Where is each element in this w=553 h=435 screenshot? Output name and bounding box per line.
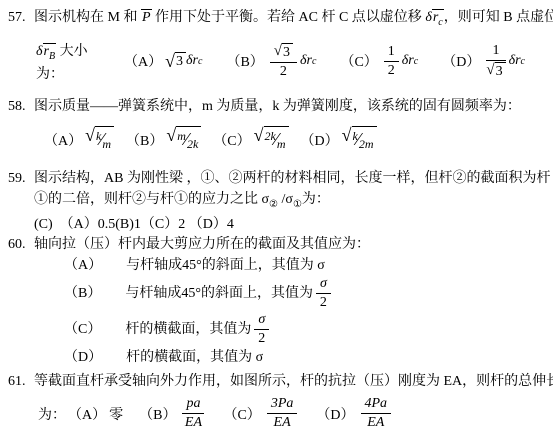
q57-p-bar: P [141,9,152,26]
q57-lead: δrB 大小为： [36,40,96,82]
q58-option-d-label: （D） [301,130,339,150]
q57-stem-part2: 作用下处于平衡。若给 AC 杆 C 点以虚位移 [152,10,426,25]
fraction-denominator: 2 [254,330,269,347]
q57-option-c: （C） 1 2 δrc [340,44,418,79]
fraction-numerator: pa [182,396,204,414]
q61-option-d: （D） 4PaEA [316,396,394,431]
fraction: σ2 [316,276,331,311]
q57-rb-overbar: rB [43,43,57,62]
q58-option-b: （B） √m⁄2k [126,126,201,153]
radical-sign: √ [166,126,176,146]
q60-option-d-label: （D） [64,347,102,368]
radical-sign: √ [342,126,352,146]
question-57: 57. 图示机构在 M 和 P 作用下处于平衡。若给 AC 杆 C 点以虚位移 … [8,8,549,83]
fraction-numerator: σ [254,312,269,330]
sqrt-expression: √k⁄m [85,126,114,153]
q58-option-b-label: （B） [126,130,163,150]
sqrt-expression: √k⁄2m [342,126,377,153]
q61-option-b-label: （B） [139,404,176,424]
question-58: 58. 图示质量——弹簧系统中，m 为质量，k 为弹簧刚度，该系统的固有圆频率为… [8,97,549,161]
q57-option-a-label: （A） [124,51,162,71]
radical-sign: √ [254,126,264,146]
q61-option-a: （A） 零 [68,404,123,424]
q60-option-b-text: 与杆轴成45°的斜面上，其值为 [125,283,313,304]
q58-number: 58. [8,97,34,117]
q60-option-b: （B） 与杆轴成45°的斜面上，其值为 σ2 [64,276,549,311]
r-subscript-b: B [49,51,55,62]
q57-option-a: （A） √3 δrc [124,51,202,71]
sigma-symbol: σ [285,192,293,207]
q57-options-line: δrB 大小为： （A） √3 δrc （B） √3 2 δrc （C） 1 2 [36,40,549,82]
sigma-subscript-2: ② [269,198,278,209]
q57-stem-part3: ，则可知 B 点虚位移 [444,10,553,25]
coefficient-subscript: c [312,56,316,67]
radical-sign: √ [274,43,282,60]
bevelled-fraction: 2k⁄m [264,126,289,153]
r-subscript-c: c [438,17,442,28]
fraction: 3PaEA [267,396,298,431]
bevelled-fraction: k⁄m [95,126,114,153]
sigma-symbol: σ [262,192,270,207]
q61-option-c: （C） 3PaEA [223,396,300,431]
question-59: 59. 图示结构，AB 为刚性梁 ，①、②两杆的材料相同，长度一样，但杆②的截面… [8,169,549,236]
sqrt-expression: √3 [165,52,186,72]
exam-page: 57. 图示机构在 M 和 P 作用下处于平衡。若给 AC 杆 C 点以虚位移 … [0,0,553,435]
q58-option-a-label: （A） [44,130,82,150]
q61-line1: 61. 等截面直杆承受轴向外力作用，如图所示，杆的抗拉（压）刚度为 EA，则杆的… [8,372,549,392]
q59-options-line: (C) （A）0.5(B)1（C）2 （D）4 [34,214,549,235]
bevel-denominator: 2k [187,137,198,151]
coefficient-subscript: c [198,56,202,67]
fraction-numerator: 1 [486,43,505,61]
fraction-numerator: √3 [270,43,297,64]
sqrt-expression: √3 [274,43,293,62]
q60-number: 60. [8,235,34,255]
q60-line1: 60. 轴向拉（压）杆内最大剪应力所在的截面及其值应为： [8,235,549,255]
fraction-denominator: EA [182,414,204,431]
q60-option-b-label: （B） [64,283,101,304]
q61-options-line: 为： （A） 零 （B） paEA （C） 3PaEA （D） 4PaEA [38,392,549,435]
q61-number: 61. [8,372,34,392]
coefficient-subscript: c [414,56,418,67]
radical-sign: √ [85,126,95,146]
q58-option-d: （D） √k⁄2m [301,126,377,153]
q60-option-d-text: 杆的横截面，其值为 σ [126,347,263,368]
q57-line1: 57. 图示机构在 M 和 P 作用下处于平衡。若给 AC 杆 C 点以虚位移 … [8,8,549,28]
q60-option-c-label: （C） [64,319,101,340]
q57-stem: 图示机构在 M 和 P 作用下处于平衡。若给 AC 杆 C 点以虚位移 δrc，… [34,8,553,28]
q57-delta-rc: δrc [425,10,443,25]
q57-option-d: （D） 1 √3 δrc [442,43,525,81]
q61-option-b: （B） paEA [139,396,207,431]
sqrt-expression: √m⁄2k [166,126,201,153]
coefficient-subscript: c [521,56,525,67]
q57-option-d-coefficient: δr [509,53,521,69]
radical-sign: √ [486,62,494,79]
sqrt-expression: √3 [486,62,505,81]
radicand: 3 [495,62,506,81]
fraction-numerator: 4Pa [361,396,392,414]
q57-stem-part1: 图示机构在 M 和 [34,10,141,25]
q58-stem: 图示质量——弹簧系统中，m 为质量，k 为弹簧刚度，该系统的固有圆频率为： [34,97,549,117]
q60-option-c: （C） 杆的横截面，其值为 σ2 [64,312,549,347]
q59-stem: 图示结构，AB 为刚性梁 ，①、②两杆的材料相同，长度一样，但杆②的截面积为杆 [34,169,550,189]
fraction: σ2 [254,312,269,347]
q57-option-b-coefficient: δr [300,53,312,69]
fraction-denominator: 2 [316,294,331,311]
q59-line2-text1: ①的二倍，则杆②与杆①的应力之比 [34,192,262,207]
q59-line1: 59. 图示结构，AB 为刚性梁 ，①、②两杆的材料相同，长度一样，但杆②的截面… [8,169,549,189]
q57-option-c-coefficient: δr [402,53,414,69]
radical-sign: √ [165,52,175,72]
q58-line1: 58. 图示质量——弹簧系统中，m 为质量，k 为弹簧刚度，该系统的固有圆频率为… [8,97,549,117]
q58-option-a: （A） √k⁄m [44,126,114,153]
q59-number: 59. [8,169,34,189]
bevel-denominator: m [277,137,286,151]
question-60: 60. 轴向拉（压）杆内最大剪应力所在的截面及其值应为： （A） 与杆轴成45°… [8,235,549,367]
fraction-denominator: EA [361,414,392,431]
q57-rc-overbar: rc [432,9,444,28]
fraction: √3 2 [270,43,297,81]
q57-option-b-label: （B） [226,51,263,71]
sigma-subscript-1: ① [293,198,302,209]
q59-line2: ①的二倍，则杆②与杆①的应力之比 σ② /σ①为： [34,189,549,215]
q61-lead-text: 为： [38,404,66,424]
q60-stem: 轴向拉（压）杆内最大剪应力所在的截面及其值应为： [34,235,549,255]
fraction-denominator: √3 [486,61,505,81]
q60-option-a-text: 与杆轴成45°的斜面上，其值为 σ [126,255,325,276]
fraction: 4PaEA [361,396,392,431]
q57-option-d-label: （D） [442,51,480,71]
q60-option-a: （A） 与杆轴成45°的斜面上，其值为 σ [64,255,549,276]
sqrt-expression: √2k⁄m [254,126,289,153]
fraction-numerator: 3Pa [267,396,298,414]
q61-option-a-label: （A） [68,404,106,424]
question-61: 61. 等截面直杆承受轴向外力作用，如图所示，杆的抗拉（压）刚度为 EA，则杆的… [8,372,549,435]
q58-option-c-label: （C） [213,130,250,150]
fraction: paEA [182,396,204,431]
fraction-denominator: 2 [384,62,399,79]
q58-option-c: （C） √2k⁄m [213,126,288,153]
q57-option-b: （B） √3 2 δrc [226,43,316,81]
q57-option-a-coefficient: δr [186,53,198,69]
q61-option-c-label: （C） [223,404,260,424]
radicand: 3 [282,43,293,62]
q61-option-a-text: 零 [109,404,123,424]
bevelled-fraction: k⁄2m [352,126,377,153]
q59-line2-text2: 为： [302,192,330,207]
q57-delta-rb: δrB [36,44,56,59]
fraction-numerator: σ [316,276,331,294]
fraction: 1 2 [384,44,399,79]
q57-number: 57. [8,8,34,28]
radicand: 3 [175,52,186,71]
q61-option-d-label: （D） [316,404,354,424]
q58-options-line: （A） √k⁄m （B） √m⁄2k （C） √2k⁄m （D） √k⁄2m [44,119,549,161]
q61-stem: 等截面直杆承受轴向外力作用，如图所示，杆的抗拉（压）刚度为 EA，则杆的总伸长 [34,372,553,392]
q60-option-d: （D） 杆的横截面，其值为 σ [64,347,549,368]
bevelled-fraction: m⁄2k [176,126,201,153]
q60-option-a-label: （A） [64,255,102,276]
fraction-denominator: EA [267,414,298,431]
q60-option-c-text: 杆的横截面，其值为 [125,319,251,340]
fraction-numerator: 1 [384,44,399,62]
fraction: 1 √3 [486,43,505,81]
bevel-denominator: 2m [359,137,374,151]
fraction-denominator: 2 [270,63,297,80]
q57-option-c-label: （C） [340,51,377,71]
bevel-denominator: m [102,137,111,151]
